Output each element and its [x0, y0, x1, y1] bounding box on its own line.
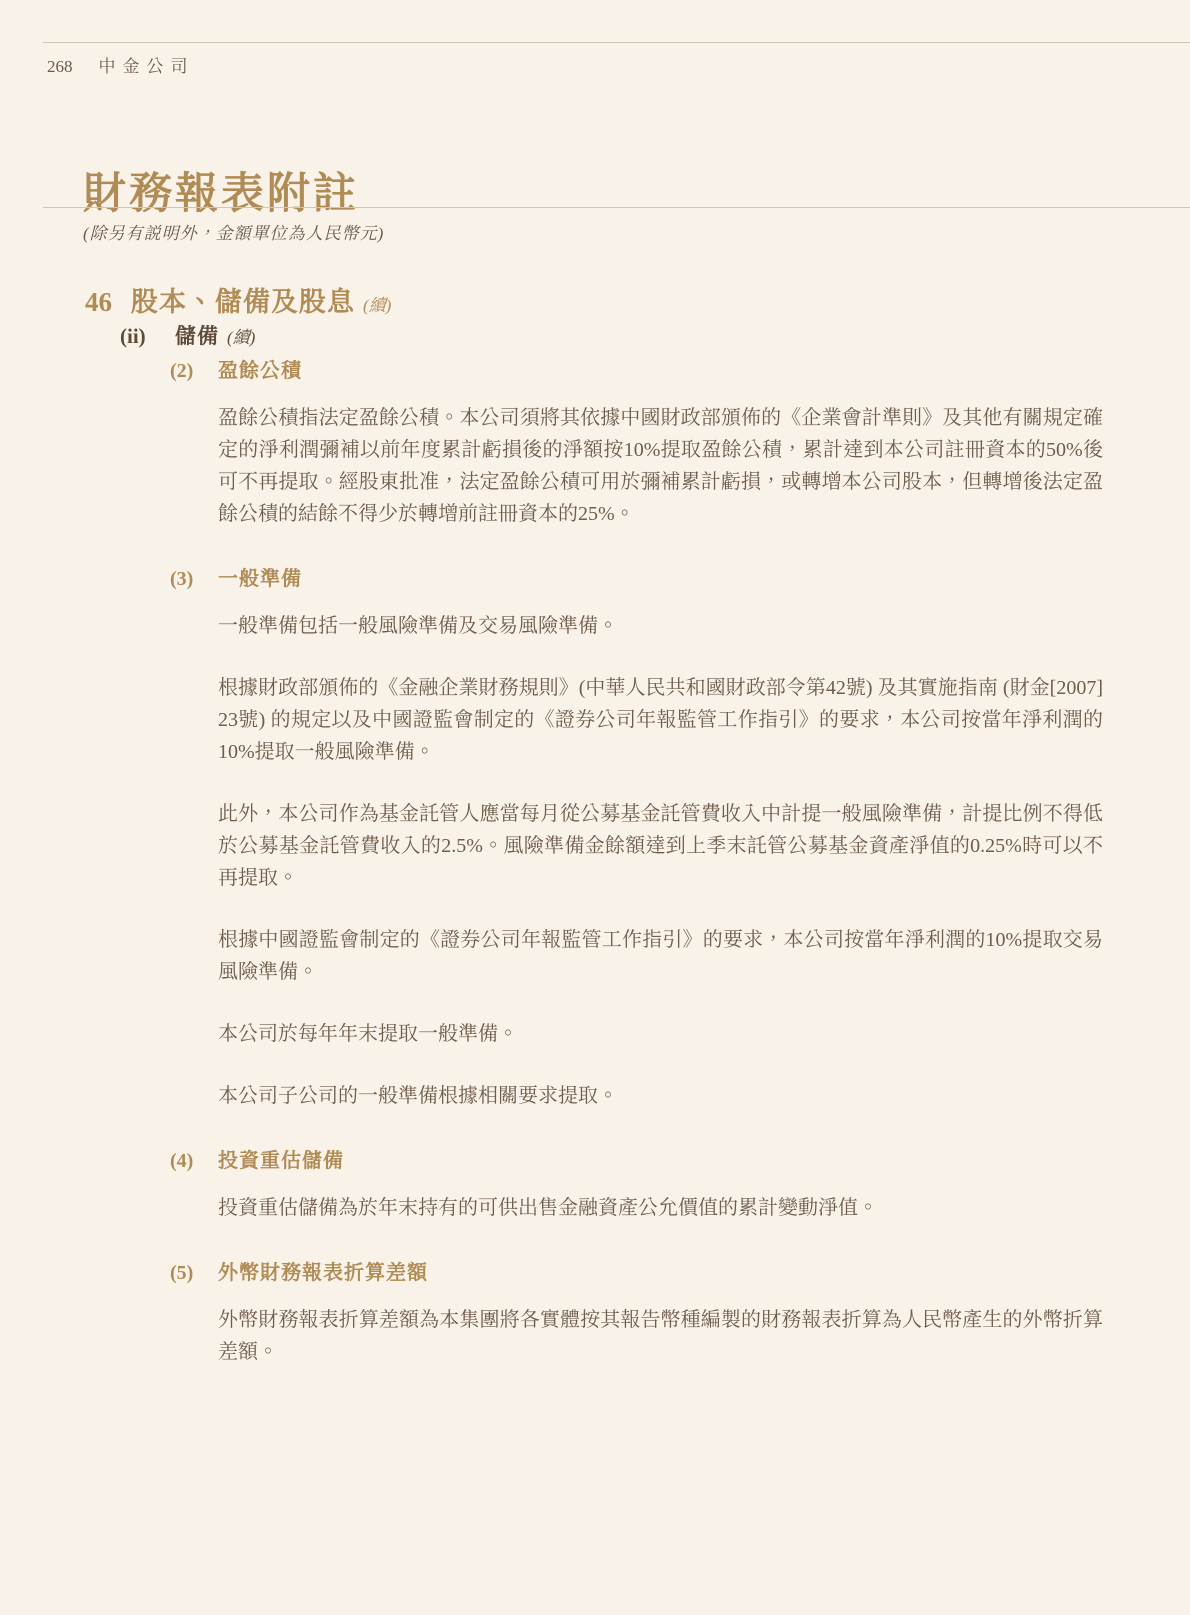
item-title: 外幣財務報表折算差額: [218, 1260, 1103, 1286]
section-heading: 46 股本、儲備及股息 (續): [85, 280, 391, 319]
item-body: 投資重估儲備 投資重估儲備為於年末持有的可供出售金融資產公允價值的累計變動淨值。: [218, 1148, 1103, 1254]
page-header: 268 中金公司: [47, 52, 195, 77]
item-title: 盈餘公積: [218, 358, 1103, 384]
item-paragraph: 根據財政部頒佈的《金融企業財務規則》(中華人民共和國財政部令第42號) 及其實施…: [218, 672, 1103, 768]
currency-unit-note: (除另有説明外，金額單位為人民幣元): [83, 219, 384, 244]
section-title: 股本、儲備及股息: [131, 280, 355, 319]
subsection-continued-label: (續): [227, 323, 255, 348]
item-number: (3): [170, 566, 218, 1142]
page-title: 財務報表附註: [83, 169, 359, 221]
item-title: 投資重估儲備: [218, 1148, 1103, 1174]
subsection-title: 儲備: [175, 320, 219, 350]
note-item-foreign-currency-translation: (5) 外幣財務報表折算差額 外幣財務報表折算差額為本集團將各實體按其報告幣種編…: [170, 1260, 1103, 1398]
section-number: 46: [85, 287, 112, 318]
item-paragraph: 本公司於每年年末提取一般準備。: [218, 1018, 1103, 1050]
item-paragraph: 外幣財務報表折算差額為本集團將各實體按其報告幣種編製的財務報表折算為人民幣產生的…: [218, 1304, 1103, 1368]
item-number: (4): [170, 1148, 218, 1254]
section-continued-label: (續): [363, 291, 391, 316]
item-paragraph: 盈餘公積指法定盈餘公積。本公司須將其依據中國財政部頒佈的《企業會計準則》及其他有…: [218, 402, 1103, 530]
item-paragraph: 投資重估儲備為於年末持有的可供出售金融資產公允價值的累計變動淨值。: [218, 1192, 1103, 1224]
subsection-number: (ii): [120, 324, 175, 349]
item-paragraph: 此外，本公司作為基金託管人應當每月從公募基金託管費收入中計提一般風險準備，計提比…: [218, 798, 1103, 894]
item-paragraph: 本公司子公司的一般準備根據相關要求提取。: [218, 1080, 1103, 1112]
item-number: (5): [170, 1260, 218, 1398]
item-body: 一般準備 一般準備包括一般風險準備及交易風險準備。 根據財政部頒佈的《金融企業財…: [218, 566, 1103, 1142]
item-body: 盈餘公積 盈餘公積指法定盈餘公積。本公司須將其依據中國財政部頒佈的《企業會計準則…: [218, 358, 1103, 560]
item-number: (2): [170, 358, 218, 560]
note-item-surplus-reserve: (2) 盈餘公積 盈餘公積指法定盈餘公積。本公司須將其依據中國財政部頒佈的《企業…: [170, 358, 1103, 560]
company-name: 中金公司: [99, 52, 195, 77]
item-paragraph: 根據中國證監會制定的《證券公司年報監管工作指引》的要求，本公司按當年淨利潤的10…: [218, 924, 1103, 988]
item-paragraph: 一般準備包括一般風險準備及交易風險準備。: [218, 610, 1103, 642]
item-title: 一般準備: [218, 566, 1103, 592]
report-page: 268 中金公司 財務報表附註 (除另有説明外，金額單位為人民幣元) 46 股本…: [0, 0, 1190, 1615]
note-item-general-reserve: (3) 一般準備 一般準備包括一般風險準備及交易風險準備。 根據財政部頒佈的《金…: [170, 566, 1103, 1142]
item-body: 外幣財務報表折算差額 外幣財務報表折算差額為本集團將各實體按其報告幣種編製的財務…: [218, 1260, 1103, 1398]
page-number: 268: [47, 57, 73, 77]
note-item-investment-revaluation-reserve: (4) 投資重估儲備 投資重估儲備為於年末持有的可供出售金融資產公允價值的累計變…: [170, 1148, 1103, 1254]
header-divider: [43, 42, 1190, 43]
subsection-heading: (ii) 儲備 (續): [120, 320, 255, 350]
note-items: (2) 盈餘公積 盈餘公積指法定盈餘公積。本公司須將其依據中國財政部頒佈的《企業…: [170, 352, 1103, 1398]
title-divider: [43, 207, 1190, 208]
